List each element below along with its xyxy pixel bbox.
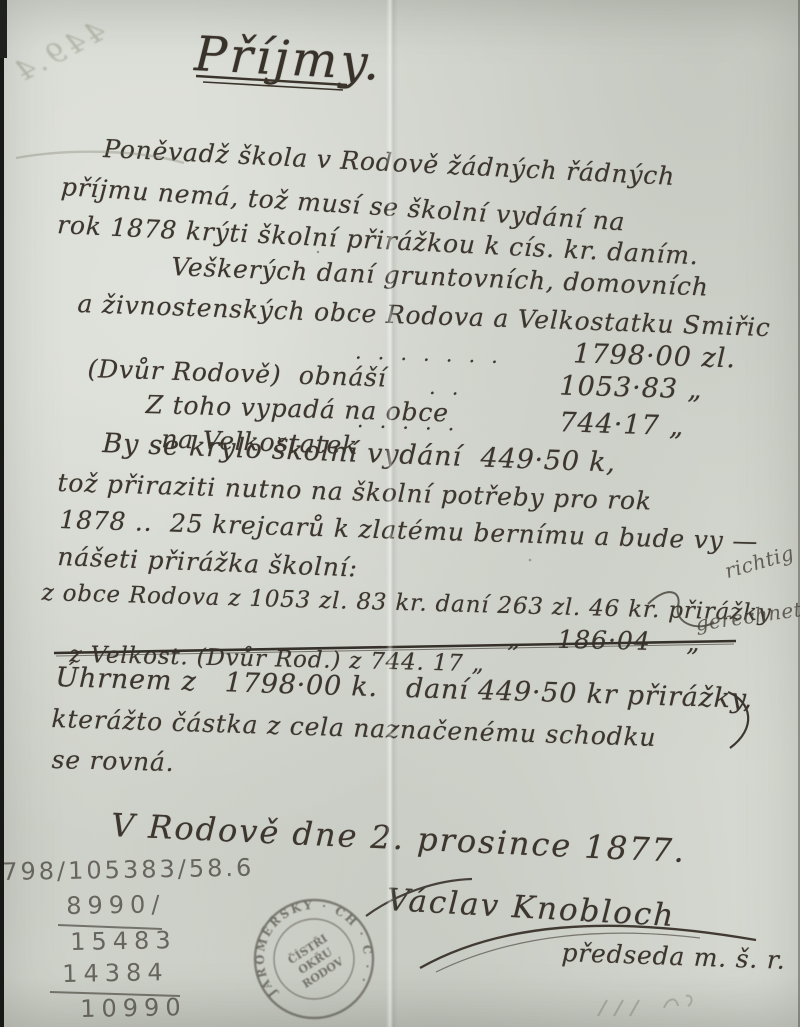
pencil-calc-line: 15483: [70, 926, 177, 956]
amount-value: 1798·00 zl.: [573, 338, 737, 374]
signature-name: Václav Knobloch: [386, 882, 676, 934]
amount-value: 744·17 „: [559, 407, 685, 442]
scanned-manuscript-page: 449.4 Příjmy. Poněvadž škola v Rodově žá…: [0, 0, 800, 1027]
pencil-calc-line: 798/105383/58.6: [2, 854, 254, 886]
pencil-calc-line: 14384: [62, 958, 169, 988]
signature-role: předseda m. š. r.: [561, 938, 786, 975]
stamp-center-text: ČÍSTŘI OKŘU RODOV: [284, 930, 346, 991]
dot-leaders: . . . . . . .: [355, 339, 503, 368]
dot-leaders: . .: [429, 375, 464, 400]
faint-bottom-scribble: [598, 1000, 639, 1016]
manuscript-line: se rovná.: [51, 745, 175, 777]
amount-value: 1053·83 „: [559, 371, 703, 406]
manuscript-line: nášeti přirážka školní:: [57, 542, 358, 583]
stamp-graphic: JAROMĚŘSKY · CH · C · · ČÍSTŘI OKŘU RODO…: [244, 889, 384, 1027]
pencil-calc-line: 10990: [80, 993, 187, 1023]
official-stamp: JAROMĚŘSKY · CH · C · · ČÍSTŘI OKŘU RODO…: [244, 889, 384, 1027]
faint-archival-note: 449.4: [7, 14, 111, 90]
document-title: Příjmy.: [193, 26, 384, 92]
faint-bottom-scribble-2: [664, 996, 692, 1008]
pencil-calc-line: 8990/: [66, 890, 166, 920]
amount-value: „ 186·04 „: [507, 624, 701, 657]
dot-leaders: . . . . .: [357, 408, 460, 436]
scan-edge-corner: [0, 0, 7, 58]
scan-edge-left: [0, 0, 4, 1027]
ink-speck: [529, 559, 532, 562]
